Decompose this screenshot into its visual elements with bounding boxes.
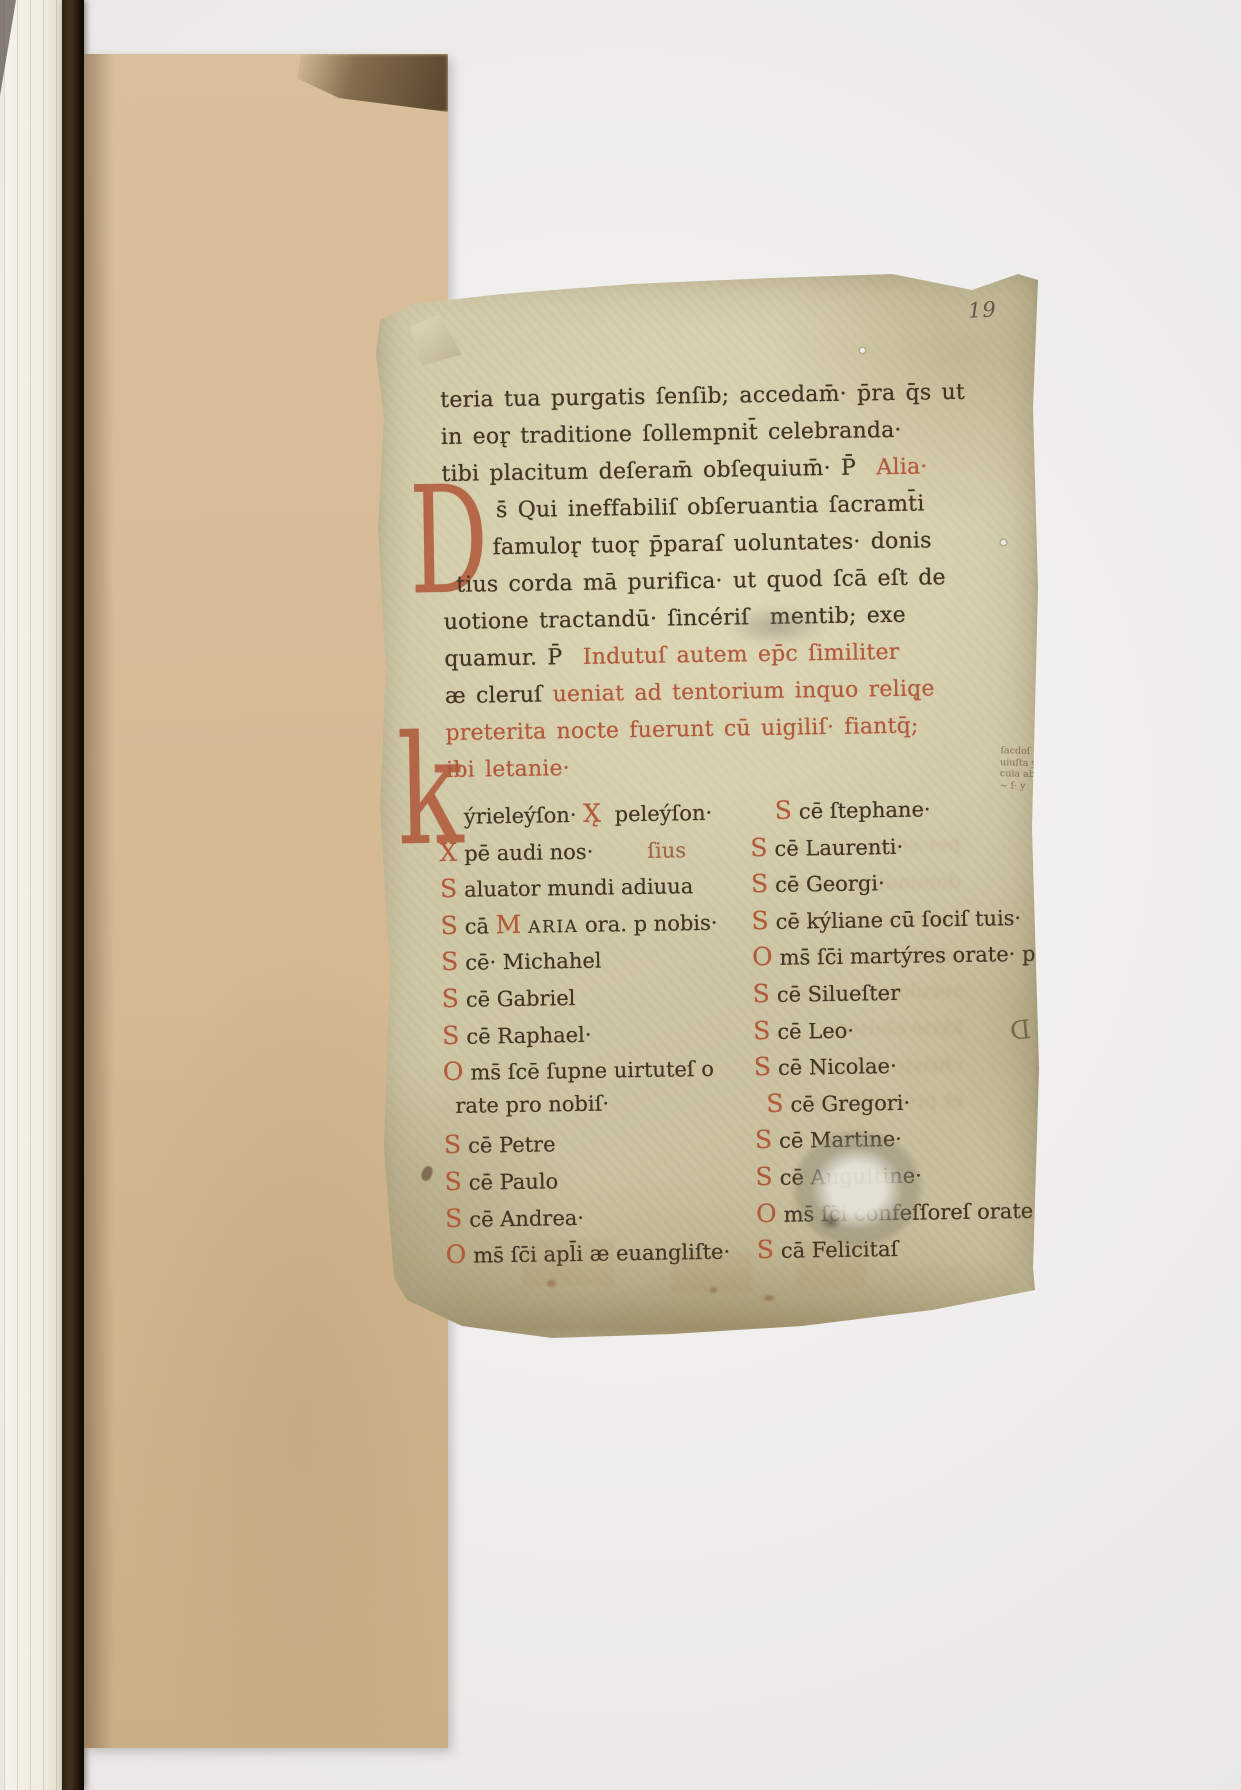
text-segment: ſius	[647, 838, 686, 863]
text-segment: O	[752, 942, 773, 971]
litany-left-entry: Saluator mundi adiuua	[440, 869, 752, 910]
text-segment: S	[445, 1203, 463, 1232]
text-segment: S	[753, 1015, 771, 1044]
text-segment: cē ſtephane·	[799, 797, 931, 823]
marginal-annotation: ſacdoſ concil~uiuſta y ecc~cuia abaui~ ſ…	[999, 745, 1062, 793]
litany-left-entry: Scē Gabriel	[441, 979, 753, 1020]
erasure-smudge	[724, 606, 828, 646]
prayer-text-block: teria tua purgatis ſenſib; accedam̄· p̄r…	[440, 379, 1038, 795]
text-segment: cā	[465, 914, 496, 938]
text-segment: M	[495, 910, 521, 939]
text-segment: cē Georgi·	[775, 871, 885, 897]
litany-right-entry: Scē Silueſter	[752, 977, 900, 1016]
marginal-note-line: ſacdoſ concil~	[1000, 745, 1062, 758]
litany-left-entry: Scā MARIA ora. p nobis·	[440, 906, 752, 947]
text-segment: S	[751, 869, 769, 898]
text-segment: ýrieleýſon·	[464, 803, 584, 829]
text-segment: S	[440, 911, 458, 940]
text-segment: S	[754, 1052, 772, 1081]
litany-block: ýrieleýſon· X̨ peleýſon·Scē ſtephane·Xpē…	[439, 792, 1046, 1277]
text-segment: S	[750, 833, 768, 862]
text-segment: cē Silueſter	[777, 981, 901, 1007]
pen-trial-mark: D	[1008, 1015, 1032, 1047]
text-segment: cē Laurenti·	[774, 834, 903, 860]
litany-right-entry: Scē kýliane cū ſociſ tuis·	[751, 902, 1021, 943]
litany-left-entry: ýrieleýſon· X̨ peleýſon·	[439, 796, 776, 838]
text-segment: X̨	[583, 799, 601, 828]
text-segment: ARIA	[528, 917, 578, 938]
text-segment: S	[766, 1088, 784, 1117]
text-segment: cē Gregori·	[790, 1090, 910, 1116]
leaf-bottom-shading	[396, 1255, 1016, 1333]
litany-right-entry: Scē Georgi·	[751, 867, 885, 906]
text-segment: cē Andrea·	[469, 1205, 584, 1231]
parchment-leaf: per omnia seculadominus uobiscumbenedica…	[372, 268, 1040, 1343]
text-segment: O	[443, 1057, 464, 1086]
litany-left-entry: Scē Andrea·	[445, 1199, 757, 1240]
litany-right-entry: Scē Nicolae·	[754, 1050, 897, 1089]
text-segment: S	[752, 979, 770, 1008]
litany-left-entry: Scē Raphael·	[442, 1016, 754, 1057]
litany-right-entry: Oms̄ ſc̄i martýres orate· p·	[752, 938, 1043, 979]
text-segment: ms̄ ſcē ſupne uirtuteſ o	[470, 1057, 714, 1085]
manuscript-photo: per omnia seculadominus uobiscumbenedica…	[0, 0, 1241, 1790]
text-segment: ueniat ad tentorium inquo reliq̨e	[552, 676, 934, 707]
litany-left-entry: Xpē audi nos·ſius	[439, 833, 751, 874]
text-segment: cē Gabriel	[466, 986, 576, 1012]
litany-right-entry: Scē ſtephane·	[775, 793, 931, 832]
text-segment: cē Nicolae·	[778, 1054, 897, 1080]
text-segment: S	[442, 1020, 460, 1049]
book-page-edges	[4, 0, 62, 1790]
text-segment: cē Raphael·	[466, 1022, 591, 1048]
book-spine	[62, 0, 84, 1790]
text-segment: ms̄ ſc̄i martýres orate· p·	[779, 942, 1042, 970]
text-segment: aluator mundi adiuua	[464, 874, 693, 902]
text-segment: pē audi nos·	[464, 839, 593, 865]
marginal-note-line: cuia abaui	[1000, 768, 1062, 781]
text-segment: S	[440, 874, 458, 903]
litany-left-entry: Scē Paulo	[444, 1162, 756, 1203]
text-segment: cē Leo·	[777, 1018, 854, 1043]
text-segment: ora. p nobis·	[578, 911, 717, 937]
litany-left-entry: Scē· Michahel	[441, 943, 753, 984]
text-segment: S	[444, 1130, 462, 1159]
text-segment: cē Petre	[468, 1133, 556, 1158]
text-segment: rate pro nobiſ·	[455, 1091, 609, 1117]
litany-right-entry: Scē Leo·	[753, 1014, 854, 1052]
text-segment: S	[751, 906, 769, 935]
text-segment: teria tua purgatis ſenſib; accedam̄· p̄r…	[440, 380, 965, 413]
text-segment: quamur. P̄	[444, 645, 583, 672]
folio-number: 19	[967, 297, 997, 322]
litany-left-entry: Scē Petre	[444, 1126, 756, 1167]
wormhole	[860, 348, 865, 353]
litany-left-entry: rate pro nobiſ·	[443, 1089, 767, 1131]
text-segment: æ cleruſ	[445, 682, 553, 709]
text-segment: S	[441, 984, 459, 1013]
text-segment: S	[444, 1167, 462, 1196]
text-segment: S	[441, 947, 459, 976]
text-segment: ibi letanie·	[446, 756, 570, 783]
text-segment: Alia·	[876, 454, 927, 480]
backing-page-stain	[288, 54, 448, 112]
text-segment: X	[439, 837, 457, 866]
text-segment: peleýſon·	[608, 801, 713, 827]
wormhole	[1001, 540, 1006, 545]
leaf-text-area: D k teria tua purgatis ſenſib; accedam̄·…	[365, 261, 1050, 1346]
text-segment: S	[775, 796, 793, 825]
text-segment: cē kýliane cū ſociſ tuis·	[775, 906, 1021, 934]
text-segment: s̄ Qui ineffabiliſ obſeruantia ſacramt̄i	[496, 491, 925, 523]
text-segment: cē Paulo	[469, 1169, 559, 1194]
text-segment: cē· Michahel	[465, 949, 602, 975]
litany-left-entry: Oms̄ ſcē ſupne uirtuteſ o	[443, 1052, 755, 1093]
litany-right-entry: Scē Laurenti·	[750, 830, 903, 869]
prayer-line: ibi letanie·	[446, 749, 1039, 795]
marginal-note-line: ~ ſ· y	[999, 780, 1061, 793]
